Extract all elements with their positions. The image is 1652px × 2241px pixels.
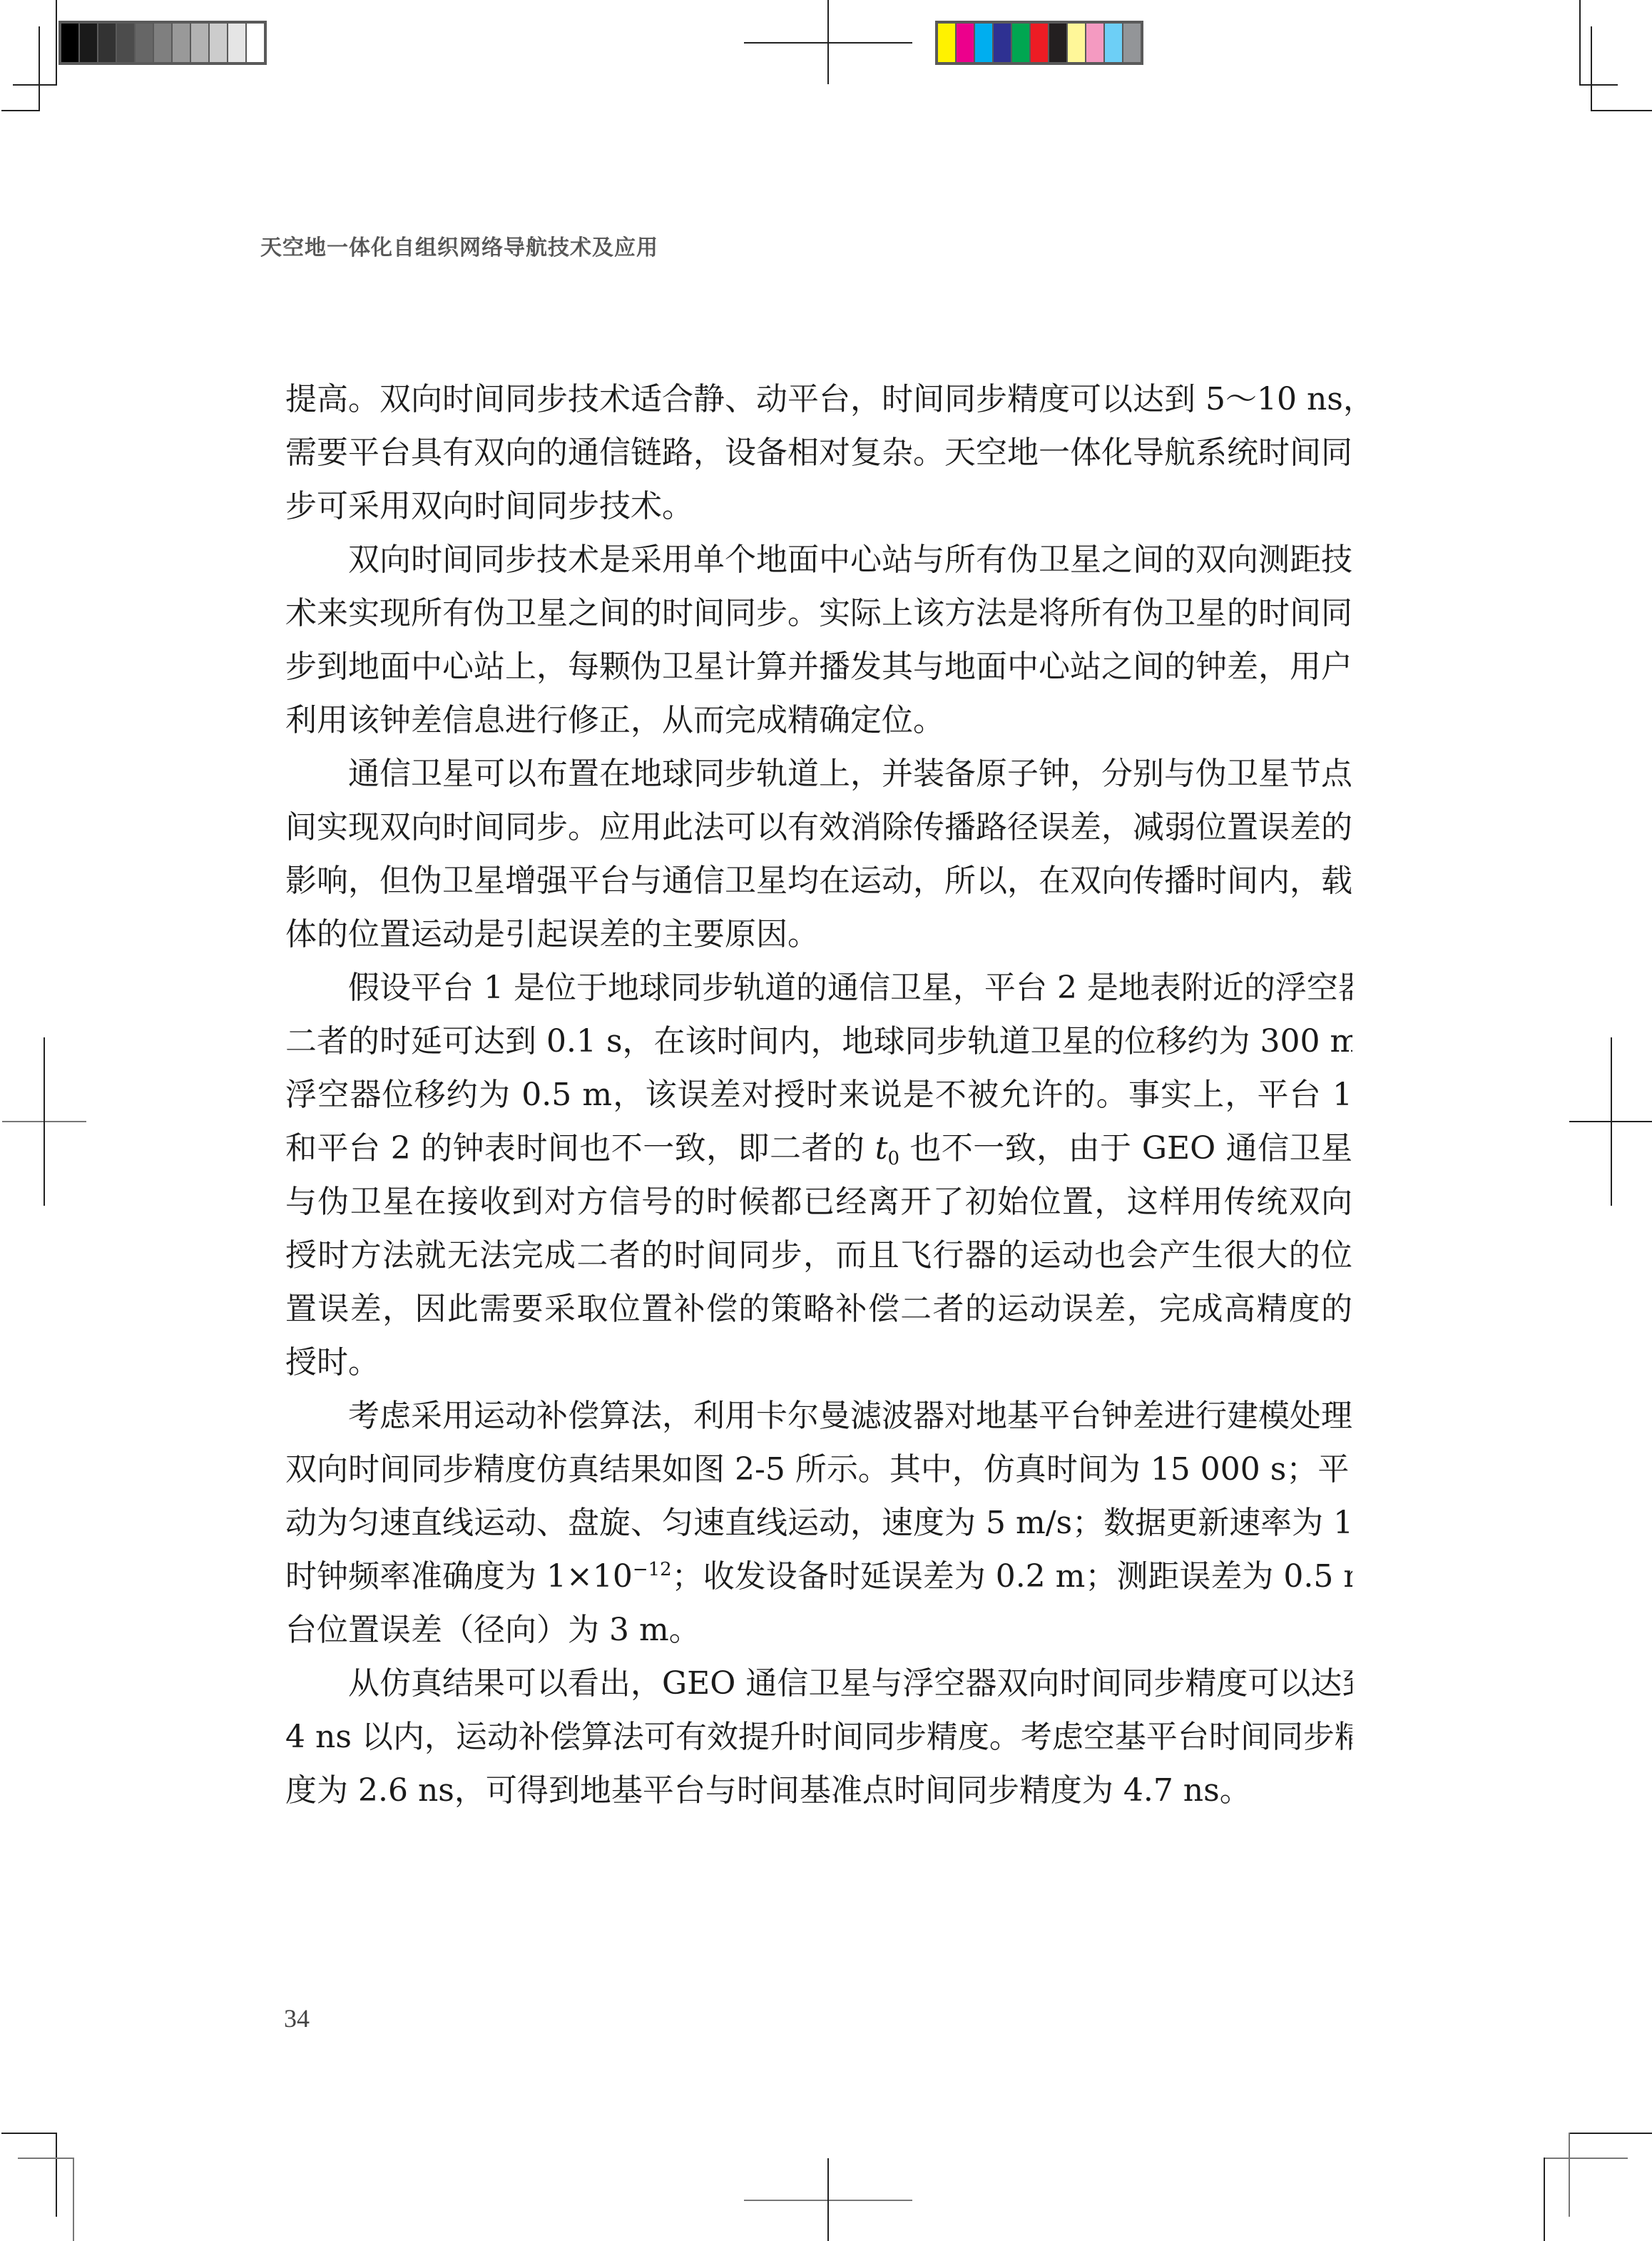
color-swatch — [938, 24, 955, 62]
text-line: 台位置误差（径向）为 3 m。 — [285, 1603, 1352, 1657]
color-swatch — [1068, 24, 1085, 62]
crop-mark-line — [1544, 2158, 1628, 2159]
crop-mark-line — [1569, 2133, 1652, 2134]
crop-mark-line — [827, 2158, 829, 2241]
color-control-bar — [935, 21, 1143, 65]
crop-mark-line — [1591, 26, 1592, 111]
gray-tone-swatch — [191, 24, 208, 62]
paragraph: 通信卫星可以布置在地球同步轨道上，并装备原子钟，分别与伪卫星节点间实现双向时间同… — [285, 747, 1352, 961]
text-line: 置误差，因此需要采取位置补偿的策略补偿二者的运动误差，完成高精度的 — [285, 1282, 1352, 1336]
text-line: 影响，但伪卫星增强平台与通信卫星均在运动，所以，在双向传播时间内，载 — [285, 854, 1352, 908]
math-subscript: 0 — [887, 1148, 899, 1169]
crop-mark-line — [18, 2158, 73, 2159]
text-line: 与伪卫星在接收到对方信号的时候都已经离开了初始位置，这样用传统双向 — [285, 1175, 1352, 1229]
text-line: 假设平台 1 是位于地球同步轨道的通信卫星，平台 2 是地表附近的浮空器， — [285, 961, 1352, 1015]
gray-tone-swatch — [80, 24, 97, 62]
text-run: 时钟频率准确度为 1×10 — [285, 1558, 633, 1595]
text-line: 4 ns 以内，运动补偿算法可有效提升时间同步精度。考虑空基平台时间同步精 — [285, 1710, 1352, 1764]
crop-mark-line — [44, 1037, 45, 1206]
text-line: 利用该钟差信息进行修正，从而完成精确定位。 — [285, 693, 1352, 747]
color-swatch — [1086, 24, 1103, 62]
paragraph: 提高。双向时间同步技术适合静、动平台，时间同步精度可以达到 5～10 ns，但需… — [285, 372, 1352, 533]
crop-mark-line — [13, 84, 57, 86]
color-swatch — [994, 24, 1011, 62]
color-swatch — [1049, 24, 1066, 62]
gray-tone-ramp — [58, 21, 267, 65]
crop-mark-line — [1579, 0, 1581, 84]
text-line: 二者的时延可达到 0.1 s，在该时间内，地球同步轨道卫星的位移约为 300 m… — [285, 1015, 1352, 1068]
text-line: 提高。双向时间同步技术适合静、动平台，时间同步精度可以达到 5～10 ns，但 — [285, 372, 1352, 426]
body-text: 提高。双向时间同步技术适合静、动平台，时间同步精度可以达到 5～10 ns，但需… — [285, 372, 1352, 1817]
text-line: 步到地面中心站上，每颗伪卫星计算并播发其与地面中心站之间的钟差，用户 — [285, 640, 1352, 693]
text-line: 考虑采用运动补偿算法，利用卡尔曼滤波器对地基平台钟差进行建模处理， — [285, 1389, 1352, 1443]
color-swatch — [975, 24, 992, 62]
crop-mark-line — [56, 0, 57, 84]
crop-mark-line — [1, 2133, 57, 2134]
text-line: 通信卫星可以布置在地球同步轨道上，并装备原子钟，分别与伪卫星节点 — [285, 747, 1352, 801]
color-swatch — [957, 24, 974, 62]
text-line: 时钟频率准确度为 1×10−12；收发设备时延误差为 0.2 m；测距误差为 0… — [285, 1550, 1352, 1603]
crop-mark-line — [1579, 84, 1618, 86]
crop-mark-line — [1591, 110, 1652, 111]
gray-tone-swatch — [117, 24, 134, 62]
gray-tone-swatch — [98, 24, 116, 62]
text-line: 步可采用双向时间同步技术。 — [285, 479, 1352, 533]
gray-tone-swatch — [61, 24, 78, 62]
color-swatch — [1031, 24, 1048, 62]
text-line: 授时。 — [285, 1336, 1352, 1389]
crop-mark-line — [1, 110, 40, 111]
paragraph: 从仿真结果可以看出，GEO 通信卫星与浮空器双向时间同步精度可以达到4 ns 以… — [285, 1657, 1352, 1817]
text-line: 授时方法就无法完成二者的时间同步，而且飞行器的运动也会产生很大的位 — [285, 1229, 1352, 1282]
paragraph: 双向时间同步技术是采用单个地面中心站与所有伪卫星之间的双向测距技术来实现所有伪卫… — [285, 533, 1352, 747]
gray-tone-swatch — [136, 24, 153, 62]
text-line: 间实现双向时间同步。应用此法可以有效消除传播路径误差，减弱位置误差的 — [285, 801, 1352, 854]
gray-tone-swatch — [228, 24, 245, 62]
text-line: 需要平台具有双向的通信链路，设备相对复杂。天空地一体化导航系统时间同 — [285, 426, 1352, 479]
running-header-title: 天空地一体化自组织网络导航技术及应用 — [260, 230, 658, 261]
gray-tone-swatch — [173, 24, 190, 62]
crop-mark-line — [827, 0, 829, 84]
crop-mark-line — [1611, 1037, 1612, 1206]
crop-mark-line — [73, 2158, 74, 2241]
crop-mark-line — [56, 2133, 57, 2217]
text-line: 动为匀速直线运动、盘旋、匀速直线运动，速度为 5 m/s；数据更新速率为 1 s… — [285, 1496, 1352, 1550]
math-exponent: −12 — [633, 1559, 672, 1580]
paragraph: 假设平台 1 是位于地球同步轨道的通信卫星，平台 2 是地表附近的浮空器，二者的… — [285, 961, 1352, 1389]
text-line: 度为 2.6 ns，可得到地基平台与时间基准点时间同步精度为 4.7 ns。 — [285, 1764, 1352, 1817]
gray-tone-swatch — [247, 24, 264, 62]
gray-tone-swatch — [154, 24, 171, 62]
paragraph: 考虑采用运动补偿算法，利用卡尔曼滤波器对地基平台钟差进行建模处理，双向时间同步精… — [285, 1389, 1352, 1657]
text-run: ；收发设备时延误差为 0.2 m；测距误差为 0.5 m；平 — [672, 1558, 1352, 1595]
text-run: 也不一致，由于 GEO 通信卫星 — [899, 1130, 1352, 1167]
color-swatch — [1105, 24, 1122, 62]
color-swatch — [1123, 24, 1141, 62]
gray-tone-swatch — [210, 24, 227, 62]
crop-mark-line — [1544, 2158, 1545, 2241]
math-variable: t — [875, 1130, 888, 1167]
text-line: 体的位置运动是引起误差的主要原因。 — [285, 908, 1352, 961]
crop-mark-line — [1569, 2133, 1570, 2217]
text-line: 术来实现所有伪卫星之间的时间同步。实际上该方法是将所有伪卫星的时间同 — [285, 586, 1352, 640]
text-line: 和平台 2 的钟表时间也不一致，即二者的 t0 也不一致，由于 GEO 通信卫星 — [285, 1122, 1352, 1175]
text-line: 双向时间同步精度仿真结果如图 2-5 所示。其中，仿真时间为 15 000 s；… — [285, 1443, 1352, 1496]
text-line: 双向时间同步技术是采用单个地面中心站与所有伪卫星之间的双向测距技 — [285, 533, 1352, 586]
text-line: 浮空器位移约为 0.5 m，该误差对授时来说是不被允许的。事实上，平台 1 — [285, 1068, 1352, 1122]
crop-mark-line — [39, 26, 40, 111]
text-run: 和平台 2 的钟表时间也不一致，即二者的 — [285, 1130, 875, 1167]
color-swatch — [1012, 24, 1029, 62]
text-line: 从仿真结果可以看出，GEO 通信卫星与浮空器双向时间同步精度可以达到 — [285, 1657, 1352, 1710]
page-number: 34 — [284, 2003, 310, 2033]
